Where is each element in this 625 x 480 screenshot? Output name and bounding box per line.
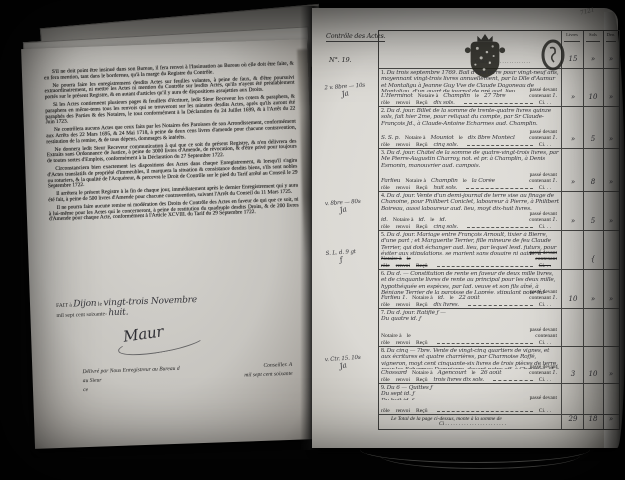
passe-devant-label: passé devant: [530, 395, 557, 401]
amount-den: »: [605, 295, 617, 303]
amount-den: »: [605, 370, 617, 378]
recu-label: Reçû: [416, 224, 428, 230]
register-table: Livres Sols Den.: [378, 30, 620, 430]
amount-sols: {: [585, 255, 601, 263]
le-label: le: [459, 135, 463, 141]
margin-note: 2 v. 8bre — 10s Ja: [316, 82, 375, 99]
contenant-label: contenant: [529, 295, 551, 301]
total-ci: Ci: [439, 421, 444, 427]
amount-livres: »: [563, 217, 583, 225]
notaire-a-label: Notaire à: [393, 217, 414, 223]
role-label: rôle: [381, 224, 390, 230]
register-entry: 3. Du d. jour. Châtel de la somme de qua…: [379, 149, 619, 192]
entry-body: 3. Du d. jour. Châtel de la somme de qua…: [381, 150, 559, 169]
entry-notary-line: Notaire àle: [381, 333, 515, 339]
contenant-value: 1.: [552, 295, 557, 301]
recu-value: cinq sols.: [434, 224, 459, 230]
entry-number: 7.: [381, 310, 385, 316]
entry-notary-line: L'HerminotNotaire àChamplinle27 7bre: [381, 93, 515, 99]
renvoi-label: renvoi: [396, 302, 410, 308]
leader-line: [468, 305, 533, 306]
entry-number: 1.: [381, 70, 385, 76]
contenant-label: contenant: [529, 135, 551, 141]
contenant-value: 1.: [552, 93, 557, 99]
amount-livres: 15: [563, 55, 583, 63]
entry-number: 6.: [381, 271, 385, 277]
page-number: N°. 19.: [329, 56, 351, 64]
oval-control-stamp-icon: [541, 39, 565, 71]
amount-den: »: [605, 93, 617, 101]
leader-line: [437, 343, 533, 344]
entry-date: 26 août: [481, 370, 502, 376]
amount-livres: »: [563, 135, 583, 143]
entry-receipt-line: rôlerenvoiReçûcinq sols.Ci. . .: [381, 224, 557, 230]
le-label: le: [407, 256, 411, 262]
entry-content: 4. Du d. jour. Vente d'un demi-journal d…: [379, 192, 561, 230]
bottom-sheet-edge: [380, 442, 580, 469]
renvoi-label: renvoi: [396, 100, 410, 106]
contenant-value: 1.: [552, 135, 557, 141]
entry-notary-line: ChossardNotaire àAgencourtle26 août: [381, 370, 515, 376]
year-printed: mil sept cent soixante-: [56, 311, 107, 319]
contenant-line: contenant 1.: [529, 93, 557, 99]
notary-place: Champlin: [431, 178, 458, 184]
amount-sols: 5: [585, 217, 601, 225]
renvoi-label: renvoi: [396, 340, 410, 346]
contenant-line: contenant: [535, 333, 557, 339]
register-entry: 7. Du d. jour. Ratifié ƒ — Du quatre id.…: [379, 309, 619, 347]
role-label: rôle: [381, 263, 390, 269]
notary-place: Agencourt: [438, 370, 467, 376]
total-den: »: [605, 415, 617, 423]
page-total-row: Le Total de la page ci-dessus, monte à l…: [379, 415, 619, 428]
leader-line: [467, 145, 533, 146]
date-handwritten: vingt-trois Novembre: [103, 295, 197, 308]
entry-text: Du d. jour. Vente d'un demi-journal de t…: [381, 193, 559, 212]
contenant-label: contenant: [529, 370, 551, 376]
entry-receipt-line: rôlerenvoiReçûhuit sols.Ci. . .: [381, 185, 557, 191]
contenant-line: contenant 1.: [529, 217, 557, 223]
recu-value: cinq sols.: [434, 142, 459, 148]
stamp-row: Contin . . . . . . . . . . . . . . . . .…: [379, 31, 619, 69]
role-label: rôle: [381, 302, 390, 308]
recu-label: Reçû: [416, 100, 428, 106]
entry-receipt-line: rôlerenvoiReçûCi. . .: [381, 408, 557, 414]
entry-body: 4. Du d. jour. Vente d'un demi-journal d…: [381, 193, 559, 212]
entry-notary-line: Notaire àle: [381, 256, 515, 262]
le-label: le: [450, 295, 454, 301]
year-handwritten: huit.: [108, 308, 128, 319]
le-label: le: [475, 93, 479, 99]
notary-place: Mouniot: [431, 135, 454, 141]
renvoi-label: renvoi: [396, 377, 410, 383]
entry-date: dix 8bre Montéclard.: [468, 135, 515, 141]
role-label: rôle: [381, 142, 390, 148]
total-leader: Ci . . . . . . . . . . . . . . . . . . .…: [439, 421, 559, 427]
entry-text: Du d. jour. Châtel de la somme de quatre…: [381, 150, 559, 169]
delivery-line-3: ce: [83, 387, 88, 393]
ci-label: Ci. . .: [539, 340, 551, 346]
notary-place: id.: [438, 295, 445, 301]
entry-number: 9.: [381, 385, 385, 391]
role-label: rôle: [381, 377, 390, 383]
entry-notary-line: S. S. p.Notaire àMouniotledix 8bre Monté…: [381, 135, 515, 141]
margin-note: S. L. d. 9 gt ƒ: [312, 248, 371, 265]
total-sols: 18: [585, 415, 601, 423]
delivery-line-1: Délivré par Nous Enregistreur au Bureau …: [82, 366, 179, 375]
entry-content: 2. Du d. jour. Billet de la somme de tre…: [379, 107, 561, 148]
register-title: Contrôle des Actes.: [326, 32, 385, 42]
entry-receipt-line: rôlerenvoiReçûCi. . .: [381, 340, 557, 346]
ci-label: Ci. . .: [539, 377, 551, 383]
ci-label: Ci. . .: [539, 224, 551, 230]
ci-label: Ci. . .: [539, 142, 551, 148]
notary-name: id.: [381, 217, 388, 223]
le-label: le: [471, 370, 475, 376]
ci-label: Ci. . .: [539, 263, 551, 269]
notaire-a-label: Notaire à: [405, 178, 426, 184]
renvoi-label: renvoi: [396, 263, 410, 269]
entry-date: id.: [439, 217, 446, 223]
entry-content: 8. Du cinq — 7bre. Vente de vingt-cinq q…: [379, 347, 561, 383]
contenant-value: 1.: [552, 370, 557, 376]
role-label: rôle: [381, 185, 390, 191]
notary-place: id.: [418, 217, 425, 223]
entry-date: 22 août: [459, 295, 480, 301]
entry-content: 3. Du d. jour. Châtel de la somme de qua…: [379, 149, 561, 191]
entry-date: la Corée: [472, 178, 495, 184]
fait-a-label: FAIT à: [56, 302, 72, 309]
register-entry: 5. Du d. jour. Mariage entre François Ar…: [379, 231, 619, 270]
stamp-row-leader: Contin . . . . . . . . . . . . . . . . .…: [475, 60, 559, 65]
notaire-a-label: Notaire à: [412, 370, 433, 376]
renvoi-label: renvoi: [396, 142, 410, 148]
le-label: le: [98, 301, 102, 307]
ci-label: Ci. . .: [539, 302, 551, 308]
entry-content: 5. Du d. jour. Mariage entre François Ar…: [379, 231, 561, 269]
entry-notary-line: FarlieuNotaire àChamplinlela Corée: [381, 178, 515, 184]
recu-label: Reçû: [416, 185, 428, 191]
recu-value: huit sols.: [434, 185, 458, 191]
entry-receipt-line: rôlerenvoiReçûCi. . .: [381, 263, 557, 269]
register-entry: 8. Du cinq — 7bre. Vente de vingt-cinq q…: [379, 347, 619, 384]
amount-den: »: [605, 135, 617, 143]
notary-name: L'Herminot: [381, 93, 413, 99]
renvoi-label: renvoi: [396, 408, 410, 414]
entry-receipt-line: rôlerenvoiReçûdix livres.Ci. . .: [381, 302, 557, 308]
notary-name: Farlieu: [381, 178, 400, 184]
amount-sols: 10: [585, 370, 601, 378]
recu-label: Reçû: [416, 142, 428, 148]
register-entry: 4. Du d. jour. Vente d'un demi-journal d…: [379, 192, 619, 231]
right-page: 7121 Contrôle des Actes. N°. 19. 2 v. 8b…: [312, 8, 618, 448]
recu-label: Reçû: [416, 263, 428, 269]
amount-livres: »: [563, 178, 583, 186]
ci-label: Ci. . .: [539, 100, 551, 106]
entry-receipt-line: rôlerenvoiReçûtrois livres dix sols.Ci. …: [381, 377, 557, 383]
leader-line: [467, 227, 533, 228]
entry-receipt-line: rôlerenvoiReçûcinq sols.Ci. . .: [381, 142, 557, 148]
contenant-label: contenant: [529, 93, 551, 99]
contenant-line: contenant 1.: [529, 178, 557, 184]
le-label: le: [463, 178, 467, 184]
leader-line: [437, 266, 533, 267]
amount-sols: 10: [585, 93, 601, 101]
entry-receipt-line: rôlerenvoiReçûdix sols.Ci. . .: [381, 100, 557, 106]
renvoi-label: renvoi: [396, 185, 410, 191]
contenant-line: contenant 1.: [529, 295, 557, 301]
delivery-line-2: au Sieur: [83, 378, 102, 385]
recu-label: Reçû: [416, 408, 428, 414]
leader-line: [464, 103, 533, 104]
total-livres: 29: [563, 415, 583, 423]
notaire-a-label: Notaire à: [405, 135, 426, 141]
role-label: rôle: [381, 408, 390, 414]
register-entry: 1. Du trois septembre 1769. Bail d'une t…: [379, 69, 619, 107]
notary-place: Champlin: [443, 93, 470, 99]
left-page: S'il ne doit point être insinué dans son…: [21, 39, 321, 449]
place-handwritten: Dijon: [73, 299, 96, 310]
notary-name: S. S. p.: [381, 135, 400, 141]
entry-content: 1. Du trois septembre 1769. Bail d'une t…: [379, 69, 561, 106]
recu-value: dix sols.: [434, 100, 455, 106]
amount-den: »: [605, 178, 617, 186]
closing-formula: FAIT à Dijon le vingt-trois Novembre mil…: [56, 292, 297, 320]
entry-date: 27 7bre: [484, 93, 505, 99]
entry-content: 6. Du d. — Constitution de rente en fave…: [379, 270, 561, 308]
leader-line: [493, 380, 533, 381]
entry-content: 7. Du d. jour. Ratifié ƒ — Du quatre id.…: [379, 309, 561, 346]
amount-livres: 3: [563, 370, 583, 378]
recu-label: Reçû: [416, 377, 428, 383]
notaire-a-label: Notaire à: [412, 295, 433, 301]
notary-name: Farlieu 1.: [381, 295, 407, 301]
ci-label: Ci. . .: [539, 408, 551, 414]
role-label: rôle: [381, 340, 390, 346]
delivery-right-1: Conseiller. A: [263, 362, 292, 369]
le-label: le: [407, 333, 411, 339]
folio-scribble: 7121: [579, 6, 595, 16]
amount-livres: 10: [563, 295, 583, 303]
contenant-value: 1.: [552, 217, 557, 223]
margin-note: v. Ctr. 15. 10s Ja: [314, 354, 373, 371]
contenant-line: contenant 1.: [529, 135, 557, 141]
amount-sols: 8: [585, 178, 601, 186]
delivery-right-2: mil sept cent soixante: [244, 371, 292, 379]
contenant-line: contenant: [535, 256, 557, 262]
entry-body: 7. Du d. jour. Ratifié ƒ — Du quatre id.…: [381, 310, 559, 323]
entry-number: 2.: [381, 108, 385, 114]
printed-regulations: S'il ne doit point être insinué dans son…: [44, 62, 299, 226]
entry-notary-line: id.Notaire àid.leid.: [381, 217, 515, 223]
entry-number: 5.: [381, 232, 385, 238]
entry-body: 2. Du d. jour. Billet de la somme de tre…: [381, 108, 559, 127]
notary-name: Chossard: [381, 370, 407, 376]
amount-sols: »: [585, 295, 601, 303]
ci-label: Ci. . .: [539, 185, 551, 191]
role-label: rôle: [381, 100, 390, 106]
notaire-a-label: Notaire à: [381, 256, 402, 262]
notaire-a-label: Notaire à: [418, 93, 439, 99]
register-entry: 9. Du 6 — Quittes ƒ Du sept id. ƒ Du hui…: [379, 384, 619, 415]
stamp-row-word: Contin: [475, 60, 488, 65]
entry-notary-line: Farlieu 1.Notaire àid.le22 août: [381, 295, 515, 301]
contenant-value: 1.: [552, 178, 557, 184]
register-entry: 6. Du d. — Constitution de rente en fave…: [379, 270, 619, 309]
leader-line: [466, 188, 533, 189]
amount-sols: 5: [585, 135, 601, 143]
recu-value: dix livres.: [434, 302, 459, 308]
recu-label: Reçû: [416, 302, 428, 308]
amount-den: »: [605, 55, 617, 63]
total-dots: . . . . . . . . . . . . . . . . . . . . …: [445, 421, 506, 427]
contenant-label: contenant: [529, 217, 551, 223]
entry-text: Du d. jour. Billet de la somme de trente…: [381, 108, 551, 127]
contenant-line: contenant 1.: [529, 370, 557, 376]
register-entry: 2. Du d. jour. Billet de la somme de tre…: [379, 107, 619, 149]
stamp-row-dots: . . . . . . . . . . . . . . . . . .: [488, 60, 530, 65]
entry-content: 9. Du 6 — Quittes ƒ Du sept id. ƒ Du hui…: [379, 384, 561, 414]
contenant-label: contenant: [535, 256, 557, 262]
margin-note: v. 8bre — 80s Ja: [314, 198, 373, 215]
delivery-note: Délivré par Nous Enregistreur au Bureau …: [82, 362, 293, 396]
amount-sols: »: [585, 55, 601, 63]
recu-value: trois livres dix sols.: [434, 377, 485, 383]
notaire-a-label: Notaire à: [381, 333, 402, 339]
leader-line: [437, 411, 533, 412]
contenant-label: contenant: [535, 333, 557, 339]
scanned-register-spread: S'il ne doit point être insinué dans son…: [0, 0, 625, 480]
recu-label: Reçû: [416, 340, 428, 346]
entry-text: Du 6 — Quittes ƒ Du sept id. ƒ Du huit i…: [381, 385, 432, 400]
renvoi-label: renvoi: [396, 224, 410, 230]
le-label: le: [430, 217, 434, 223]
amount-livres: »: [563, 93, 583, 101]
entry-text: Du d. jour. Ratifié ƒ — Du quatre id. ƒ: [381, 310, 446, 322]
amount-den: »: [605, 217, 617, 225]
contenant-label: contenant: [529, 178, 551, 184]
